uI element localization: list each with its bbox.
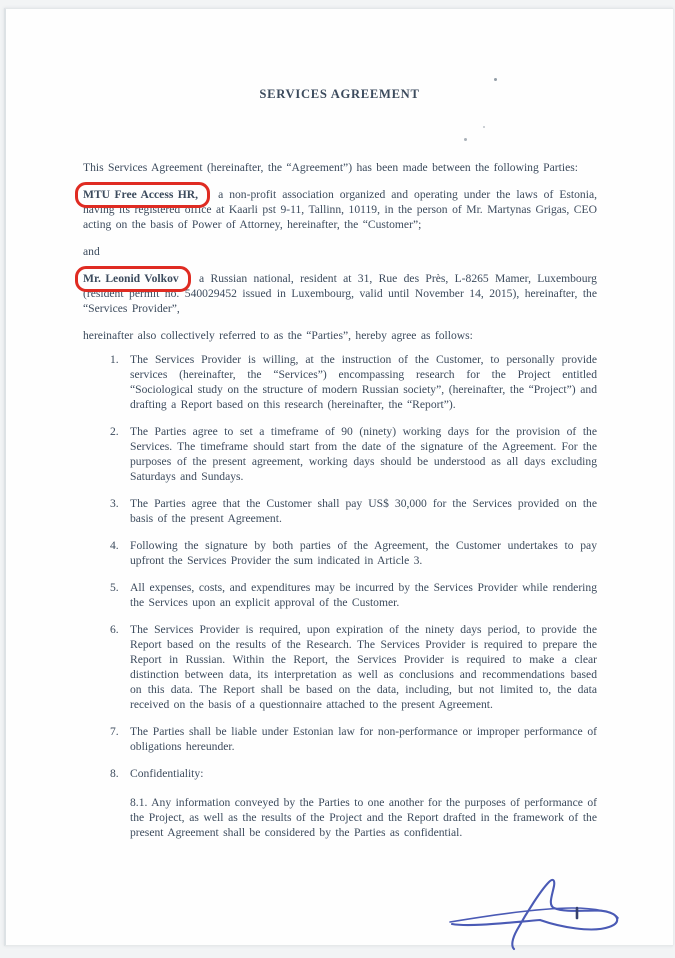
- clause-6: 6. The Services Provider is required, up…: [83, 622, 597, 712]
- clause-8: 8. Confidentiality:: [83, 766, 597, 781]
- clause-text: Following the signature by both parties …: [130, 538, 597, 568]
- clause-number: 3.: [110, 496, 130, 526]
- intro-paragraph: This Services Agreement (hereinafter, th…: [83, 160, 597, 175]
- clause-number: 4.: [110, 538, 130, 568]
- party1-paragraph: MTU Free Access HR, a non-profit associa…: [83, 187, 597, 232]
- clause-2: 2. The Parties agree to set a timeframe …: [83, 424, 597, 484]
- connector-word: and: [83, 244, 597, 259]
- clause-text: The Parties shall be liable under Estoni…: [130, 724, 597, 754]
- clause-5: 5. All expenses, costs, and expenditures…: [83, 580, 597, 610]
- clause-number: 6.: [110, 622, 130, 712]
- clause-text: The Services Provider is required, upon …: [130, 622, 597, 712]
- clause-text: The Services Provider is willing, at the…: [130, 352, 597, 412]
- scanned-document-page: { "colors": { "annotation_red": "#df2b22…: [0, 0, 675, 958]
- party2-paragraph: Mr. Leonid Volkov a Russian national, re…: [83, 271, 597, 316]
- party2-name-red-annotation-box: Mr. Leonid Volkov: [75, 266, 191, 292]
- party1-name-red-annotation-box: MTU Free Access HR,: [75, 182, 210, 208]
- clause-3: 3. The Parties agree that the Customer s…: [83, 496, 597, 526]
- clause-4: 4. Following the signature by both parti…: [83, 538, 597, 568]
- scan-speck: [483, 126, 485, 128]
- document-title: SERVICES AGREEMENT: [6, 87, 673, 102]
- clause-number: 5.: [110, 580, 130, 610]
- clause-text: All expenses, costs, and expenditures ma…: [130, 580, 597, 610]
- scan-speck: [464, 138, 467, 141]
- clause-text: The Parties agree to set a timeframe of …: [130, 424, 597, 484]
- clause-number: 2.: [110, 424, 130, 484]
- clause-text: Confidentiality:: [130, 766, 597, 781]
- clause-1: 1. The Services Provider is willing, at …: [83, 352, 597, 412]
- handwritten-signature: [444, 875, 634, 953]
- collective-clause: hereinafter also collectively referred t…: [83, 328, 597, 343]
- subclause-8-1: 8.1. Any information conveyed by the Par…: [130, 795, 597, 840]
- document-body: This Services Agreement (hereinafter, th…: [83, 160, 597, 840]
- clause-7: 7. The Parties shall be liable under Est…: [83, 724, 597, 754]
- clause-text: The Parties agree that the Customer shal…: [130, 496, 597, 526]
- clause-number: 7.: [110, 724, 130, 754]
- clause-number: 8.: [110, 766, 130, 781]
- scan-speck: [494, 78, 497, 81]
- clause-number: 1.: [110, 352, 130, 412]
- paper-sheet: SERVICES AGREEMENT This Services Agreeme…: [4, 8, 673, 946]
